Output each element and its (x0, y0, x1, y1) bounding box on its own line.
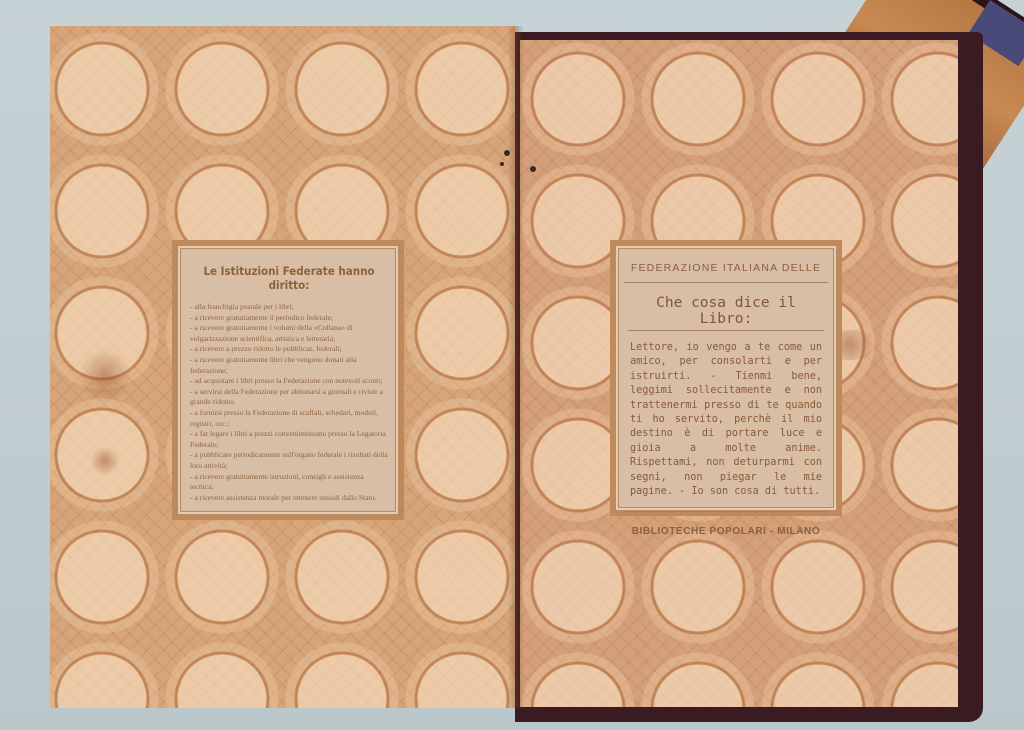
list-item: ad acquistare i libri presso la Federazi… (190, 376, 388, 387)
publisher-footer: BIBLIOTECHE POPOLARI - MILANO (624, 511, 828, 537)
wormhole (530, 166, 536, 172)
list-item: a pubblicare periodicamente sull'organo … (190, 450, 388, 471)
wormhole (504, 150, 510, 156)
list-item: a ricevere gratuitamente istruzioni, con… (190, 472, 388, 493)
panel-title: Che cosa dice il Libro: (628, 283, 824, 331)
panel-body-text: Lettore, io vengo a te come un amico, pe… (616, 331, 836, 505)
list-item: a ricevere assistenza morale per ottener… (190, 493, 388, 504)
wormhole (500, 162, 504, 166)
book-says-panel: FEDERAZIONE ITALIANA DELLE Che cosa dice… (610, 240, 842, 516)
list-item: a ricevere a prezzo ridotto le pubblicaz… (190, 344, 388, 355)
list-item: a ricevere gratuitamente libri che vengo… (190, 355, 388, 376)
list-item: a far legare i libri a prezzi convenient… (190, 429, 388, 450)
list-item: a ricevere gratuitamente il periodico fe… (190, 313, 388, 324)
panel-title: Le Istituzioni Federate hanno diritto: (190, 264, 388, 292)
list-item: a fornirsi presso la Federazione di scaf… (190, 408, 388, 429)
rights-list: alla franchigia postale per i libri; a r… (190, 302, 388, 503)
list-item: alla franchigia postale per i libri; (190, 302, 388, 313)
federation-header: FEDERAZIONE ITALIANA DELLE (624, 246, 828, 283)
list-item: a ricevere gratuitamente i volumi della … (190, 323, 388, 344)
book-spine-fold (508, 26, 524, 708)
federated-institutions-panel: Le Istituzioni Federate hanno diritto: a… (172, 240, 404, 520)
list-item: a servirsi della Federazione per abbonar… (190, 387, 388, 408)
